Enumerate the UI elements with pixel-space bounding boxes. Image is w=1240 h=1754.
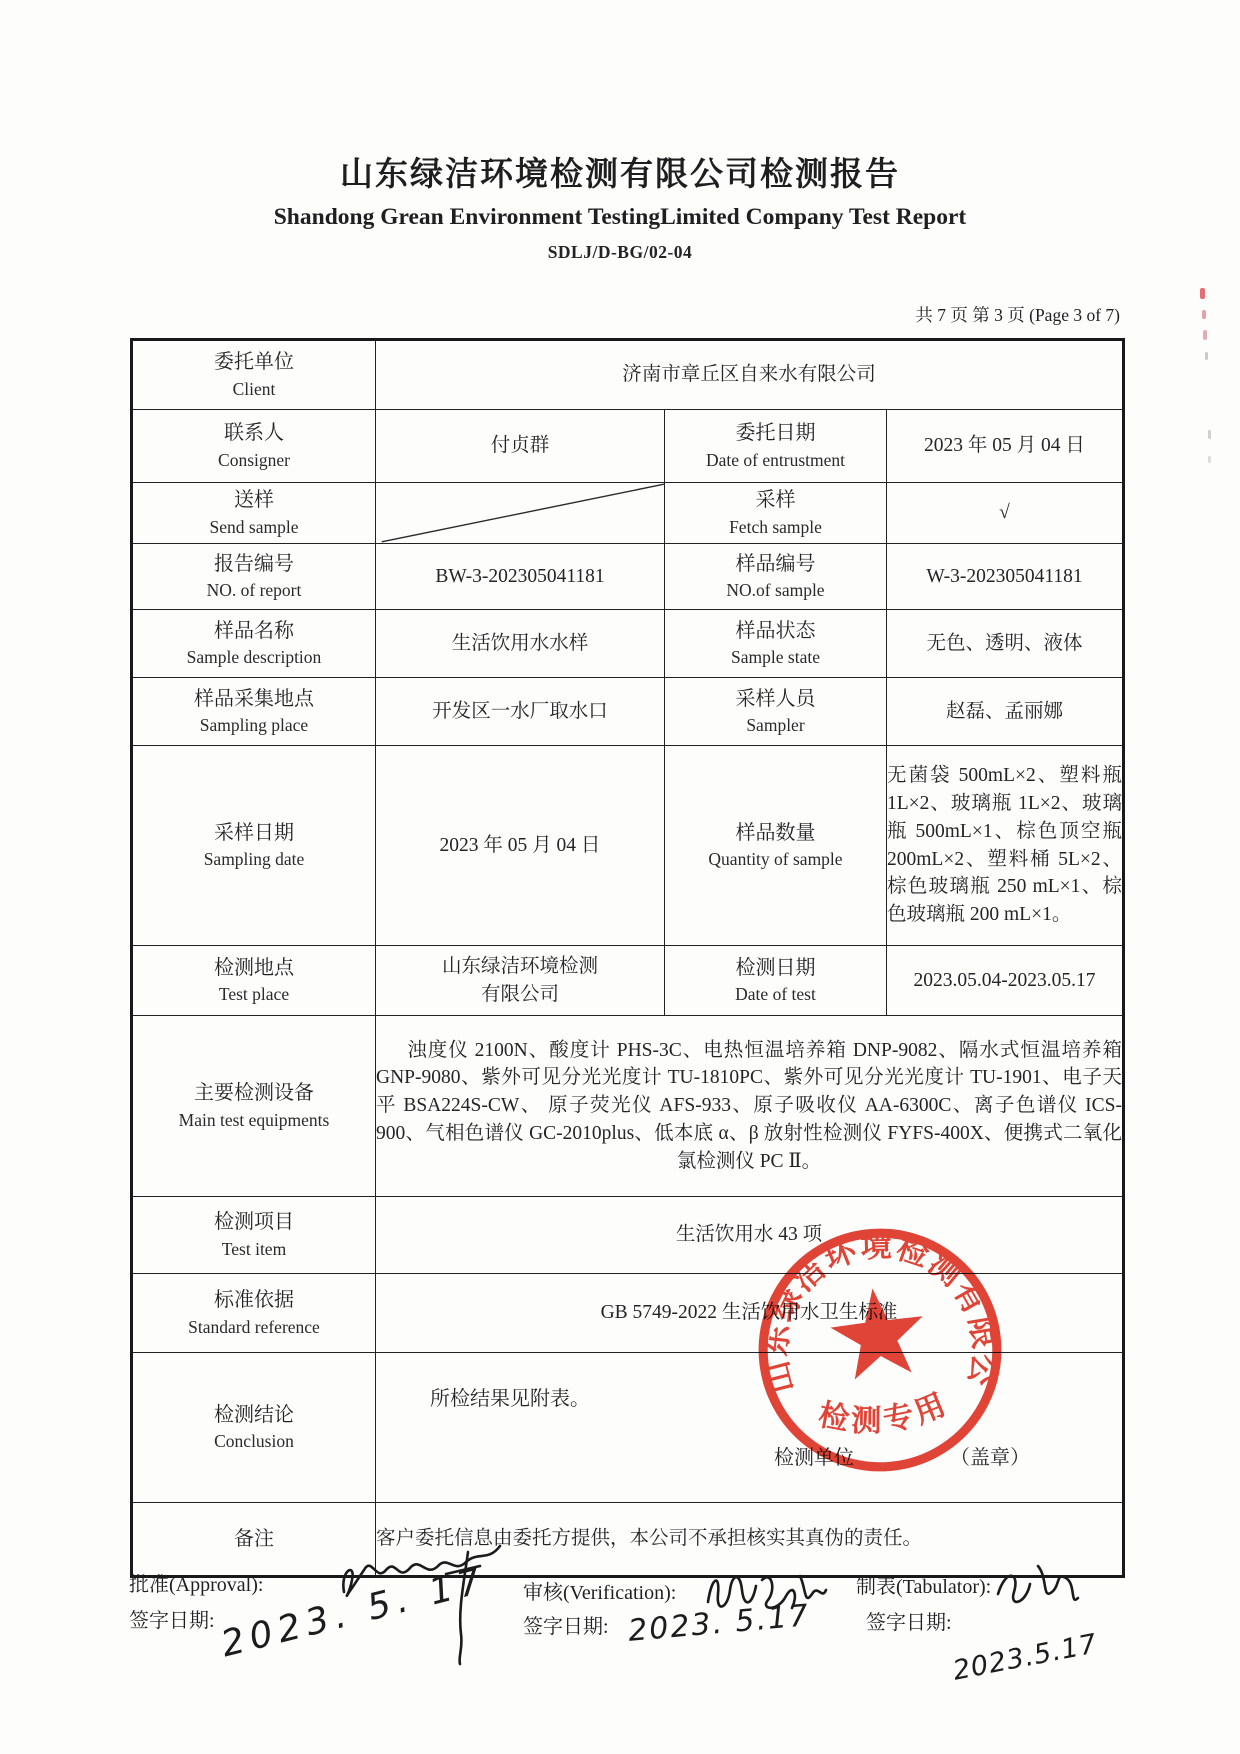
test-item-label: 检测项目 Test item	[132, 1197, 376, 1274]
row-report-number: 报告编号 NO. of report BW-3-202305041181 样品编…	[132, 544, 1124, 610]
sample-state-value: 无色、透明、液体	[887, 610, 1124, 678]
consigner-label: 联系人 Consigner	[132, 410, 376, 483]
client-label: 委托单位 Client	[132, 340, 376, 410]
seal-star	[826, 1283, 929, 1382]
sampling-place-value: 开发区一水厂取水口	[376, 678, 665, 746]
sampling-date-label: 采样日期 Sampling date	[132, 746, 376, 946]
quantity-label: 样品数量 Quantity of sample	[665, 746, 887, 946]
tabulator-date-handwritten: 2023.5.17	[950, 1628, 1100, 1686]
row-sampling-place: 样品采集地点 Sampling place 开发区一水厂取水口 采样人员 Sam…	[132, 678, 1124, 746]
equipments-label: 主要检测设备 Main test equipments	[132, 1016, 376, 1197]
send-sample-strikethrough-cell	[376, 483, 665, 544]
report-page: 山东绿洁环境检测有限公司检测报告 Shandong Grean Environm…	[0, 0, 1240, 1754]
quantity-value: 无菌袋 500mL×2、塑料瓶 1L×2、玻璃瓶 1L×2、玻璃瓶 500mL×…	[887, 746, 1124, 946]
sampling-date-value: 2023 年 05 月 04 日	[376, 746, 665, 946]
page-number: 共 7 页 第 3 页 (Page 3 of 7)	[915, 302, 1120, 327]
scan-artifact-gray	[1208, 430, 1211, 439]
row-equipments: 主要检测设备 Main test equipments 浊度仪 2100N、酸度…	[132, 1016, 1124, 1197]
report-no-label: 报告编号 NO. of report	[132, 544, 376, 610]
entrust-date-label: 委托日期 Date of entrustment	[665, 410, 887, 483]
scan-artifact-red	[1202, 310, 1206, 319]
test-place-label: 检测地点 Test place	[132, 946, 376, 1016]
scan-artifact-red	[1203, 330, 1207, 340]
test-date-value: 2023.05.04-2023.05.17	[887, 946, 1124, 1016]
page-title: 山东绿洁环境检测有限公司检测报告	[0, 148, 1240, 195]
sampling-place-label: 样品采集地点 Sampling place	[132, 678, 376, 746]
test-place-value: 山东绿洁环境检测 有限公司	[376, 946, 665, 1016]
test-date-label: 检测日期 Date of test	[665, 946, 887, 1016]
scan-artifact-red	[1200, 288, 1205, 299]
scan-artifact-gray	[1205, 352, 1208, 360]
approval-label: 批准(Approval):	[129, 1568, 263, 1597]
sample-state-label: 样品状态 Sample state	[665, 610, 887, 678]
document-code: SDLJ/D-BG/02-04	[0, 242, 1240, 263]
row-sampling-date: 采样日期 Sampling date 2023 年 05 月 04 日 样品数量…	[132, 746, 1124, 946]
page-title-english: Shandong Grean Environment TestingLimite…	[0, 204, 1240, 231]
diagonal-strike-line	[376, 483, 664, 543]
company-seal-stamp: 山东绿洁环境检测有限公司 检测专用章	[738, 1208, 1021, 1491]
scan-artifact-gray	[1208, 456, 1211, 463]
standard-label: 标准依据 Standard reference	[132, 1274, 376, 1353]
sample-desc-value: 生活饮用水水样	[376, 610, 665, 678]
report-no-value: BW-3-202305041181	[376, 544, 665, 610]
equipments-value: 浊度仪 2100N、酸度计 PHS-3C、电热恒温培养箱 DNP-9082、隔水…	[376, 1016, 1124, 1197]
fetch-sample-label: 采样 Fetch sample	[665, 483, 887, 544]
sample-no-label: 样品编号 NO.of sample	[665, 544, 887, 610]
fetch-sample-checkmark: √	[887, 483, 1124, 544]
entrust-date-value: 2023 年 05 月 04 日	[887, 410, 1124, 483]
sampler-label: 采样人员 Sampler	[665, 678, 887, 746]
sample-no-value: W-3-202305041181	[887, 544, 1124, 610]
tabulator-signature	[990, 1552, 1082, 1618]
sampler-value: 赵磊、孟丽娜	[887, 678, 1124, 746]
consigner-value: 付贞群	[376, 410, 665, 483]
row-client: 委托单位 Client 济南市章丘区自来水有限公司	[132, 340, 1124, 410]
row-test-place: 检测地点 Test place 山东绿洁环境检测 有限公司 检测日期 Date …	[132, 946, 1124, 1016]
client-value: 济南市章丘区自来水有限公司	[376, 340, 1124, 410]
send-sample-label: 送样 Send sample	[132, 483, 376, 544]
conclusion-label: 检测结论 Conclusion	[132, 1353, 376, 1503]
row-consigner: 联系人 Consigner 付贞群 委托日期 Date of entrustme…	[132, 410, 1124, 483]
approval-signature-long-stroke	[438, 1548, 484, 1666]
verification-label: 审核(Verification):	[523, 1576, 676, 1605]
sample-desc-label: 样品名称 Sample description	[132, 610, 376, 678]
verification-signature	[700, 1558, 830, 1622]
verification-sign-date-label: 签字日期:	[523, 1610, 609, 1639]
tabulator-sign-date-label: 签字日期:	[866, 1606, 952, 1635]
row-send-fetch-sample: 送样 Send sample 采样 Fetch sample √	[132, 483, 1124, 544]
row-remark: 备注 客户委托信息由委托方提供，本公司不承担核实其真伪的责任。	[132, 1503, 1124, 1577]
approval-sign-date-label: 签字日期:	[129, 1604, 215, 1633]
conclusion-value: 所检结果见附表。	[430, 1385, 590, 1413]
tabulator-label: 制表(Tabulator):	[856, 1570, 991, 1599]
row-sample-description: 样品名称 Sample description 生活饮用水水样 样品状态 Sam…	[132, 610, 1124, 678]
